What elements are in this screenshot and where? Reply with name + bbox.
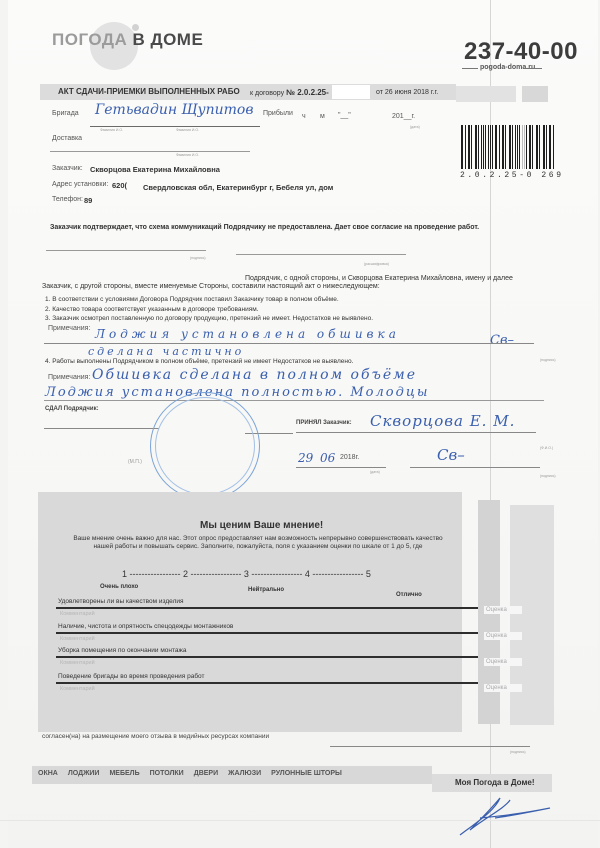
comment-field[interactable]: Комментарий <box>60 686 95 692</box>
act-item-2: 2. Качество товара соответствует указанн… <box>45 306 259 313</box>
comment-field[interactable]: Комментарий <box>60 660 95 666</box>
customer-fio-line <box>296 432 536 433</box>
notes-line <box>44 343 534 344</box>
barcode-bar <box>468 125 469 169</box>
barcode <box>461 125 556 169</box>
question-underline <box>56 632 478 634</box>
fio-caption: Фамилия И.О. <box>100 128 123 132</box>
date-caption: (дата) <box>410 125 420 129</box>
note-1-line-2[interactable]: сделана частично <box>88 345 244 358</box>
act-item-4: 4. Работы выполнены Подрядчиком в полном… <box>45 358 353 365</box>
signature-scribble-icon <box>450 790 560 840</box>
signature-caption: (подпись) <box>540 474 556 478</box>
barcode-bar <box>522 125 523 169</box>
barcode-bar <box>553 125 554 169</box>
document-title: АКТ СДАЧИ-ПРИЕМКИ ВЫПОЛНЕННЫХ РАБО <box>58 87 240 96</box>
transcript-caption: (расшифровка) <box>364 262 389 266</box>
date-line <box>296 467 386 468</box>
question-underline <box>56 656 478 658</box>
comment-field[interactable]: Комментарий <box>60 636 95 642</box>
date-year: 2018г. <box>340 454 359 461</box>
scale-low-label: Очень плохо <box>100 584 138 590</box>
address-zip: 620( <box>112 181 127 190</box>
survey-question: Уборка помещения по окончании монтажа <box>58 647 187 654</box>
consent-text: Заказчик подтверждает, что схема коммуни… <box>50 224 479 231</box>
parties-line-2: Заказчик, с другой стороны, вместе имену… <box>42 283 380 290</box>
customer-label: Заказчик: <box>52 165 83 172</box>
fio-caption: Фамилия И.О. <box>176 153 199 157</box>
handed-over-label: СДАЛ Подрядчик: <box>45 406 99 412</box>
act-item-1: 1. В соответствии с условиями Договора П… <box>45 296 339 303</box>
score-field[interactable]: Оценка <box>484 684 522 692</box>
survey-question: Наличие, чистота и опрятность спецодежды… <box>58 623 233 630</box>
title-band <box>456 86 516 102</box>
question-underline <box>56 607 478 609</box>
survey-question: Поведение бригады во время проведения ра… <box>58 673 205 680</box>
footer-menu-item[interactable]: МЕБЕЛЬ <box>109 770 139 777</box>
day-field[interactable]: "__" <box>338 112 351 119</box>
barcode-number: 2.0.2.25-0 269 <box>460 171 564 180</box>
scale-mid-label: Нейтрально <box>248 587 284 593</box>
scale-high-label: Отлично <box>396 592 422 598</box>
score-field[interactable]: Оценка <box>484 632 522 640</box>
phone-label: Телефон: <box>52 196 83 203</box>
year-field[interactable]: 201__г. <box>392 113 415 120</box>
question-underline <box>56 682 478 684</box>
footer-slogan: Моя Погода в Доме! <box>455 778 534 787</box>
footer-menu-item[interactable]: РУЛОННЫЕ ШТОРЫ <box>271 770 342 777</box>
publication-consent-text: согласен(на) на размещение моего отзыва … <box>42 733 269 740</box>
barcode-bar <box>481 125 482 169</box>
footer-menu-item[interactable]: ПОТОЛКИ <box>150 770 184 777</box>
signature-caption: (подпись) <box>510 750 526 754</box>
barcode-bar <box>492 125 493 169</box>
contract-number: к договору № 2.0.2.25- <box>250 88 329 97</box>
redacted-box <box>332 85 370 99</box>
brigade-line <box>90 126 260 127</box>
footer-menu: ОКНА ЛОДЖИИ МЕБЕЛЬ ПОТОЛКИ ДВЕРИ ЖАЛЮЗИ … <box>38 770 342 777</box>
date-day[interactable]: 29 <box>298 451 313 465</box>
delivery-label: Доставка <box>52 135 82 142</box>
date-caption: (дата) <box>370 470 380 474</box>
footer-menu-item[interactable]: ОКНА <box>38 770 58 777</box>
accepted-label: ПРИНЯЛ Заказчик: <box>296 420 352 426</box>
signature-caption: (подпись) <box>190 256 206 260</box>
note-2-line-1[interactable]: Обшивка сделана в полном объёме <box>92 367 417 383</box>
title-band <box>522 86 548 102</box>
note-1-line-1[interactable]: Лоджия установлена обшивка <box>95 327 400 341</box>
date-month[interactable]: 06 <box>320 451 335 465</box>
survey-title: Мы ценим Ваше мнение! <box>200 520 323 531</box>
stamp-caption: (М.П.) <box>128 459 142 465</box>
customer-signature[interactable]: Св– <box>437 446 465 464</box>
notes-label: Примечания: <box>48 325 90 332</box>
company-logo: ПОГОДА В ДОМЕ <box>52 30 203 50</box>
notes-label: Примечания: <box>48 374 90 381</box>
brigade-label: Бригада <box>52 110 79 117</box>
delivery-line <box>50 151 250 152</box>
company-phone: 237-40-00 <box>464 38 578 66</box>
brigade-handwriting[interactable]: Гетьвадин Щупитов <box>95 102 254 118</box>
fio-caption: Фамилия И.О. <box>176 128 199 132</box>
parties-line-1: Подрядчик, с одной стороны, и Скворцова … <box>245 275 513 282</box>
divider <box>462 68 478 69</box>
rating-scale: 1 ----------------- 2 ----------------- … <box>122 569 371 579</box>
barcode-bar <box>505 125 506 169</box>
survey-question: Удовлетворены ли вы качеством изделия <box>58 598 184 605</box>
address-value: Свердловская обл, Екатеринбург г, Бебеля… <box>143 183 333 192</box>
phone-value: 89 <box>84 196 92 205</box>
footer-menu-item[interactable]: ЖАЛЮЗИ <box>228 770 261 777</box>
survey-description: Ваше мнение очень важно для нас. Этот оп… <box>68 535 448 552</box>
minutes-label: м <box>320 113 325 120</box>
footer-menu-item[interactable]: ЛОДЖИИ <box>68 770 100 777</box>
arrived-label: Прибыли <box>263 110 293 117</box>
signature-line <box>410 467 540 468</box>
score-field[interactable]: Оценка <box>484 658 522 666</box>
address-label: Адрес установки: <box>52 181 108 188</box>
contractor-signature-line <box>44 428 159 429</box>
comment-field[interactable]: Комментарий <box>60 611 95 617</box>
consent-signature-line <box>46 250 206 251</box>
divider <box>524 68 542 69</box>
survey-side-band <box>510 505 554 725</box>
customer-signature-name[interactable]: Скворцова Е. М. <box>370 412 515 430</box>
hours-label: ч <box>302 113 306 120</box>
barcode-bar <box>537 125 538 169</box>
company-stamp-inner <box>155 397 255 495</box>
consent-transcript-line <box>236 254 406 255</box>
customer-name: Скворцова Екатерина Михайловна <box>90 165 220 174</box>
score-field[interactable]: Оценка <box>484 606 522 614</box>
note-1-signature: Св– <box>490 333 514 348</box>
act-item-3: 3. Заказчик осмотрел поставленную по дог… <box>45 315 373 322</box>
publication-signature-line <box>330 746 530 747</box>
signature-caption: (подпись) <box>540 358 556 362</box>
note-2-line-2[interactable]: Лоджия установлена полностью. Молодцы <box>45 385 429 400</box>
contract-date: от 26 июня 2018 г.г. <box>376 89 438 96</box>
footer-menu-item[interactable]: ДВЕРИ <box>194 770 218 777</box>
notes-line <box>44 400 544 401</box>
fio-caption: (Ф.И.О.) <box>540 446 553 450</box>
